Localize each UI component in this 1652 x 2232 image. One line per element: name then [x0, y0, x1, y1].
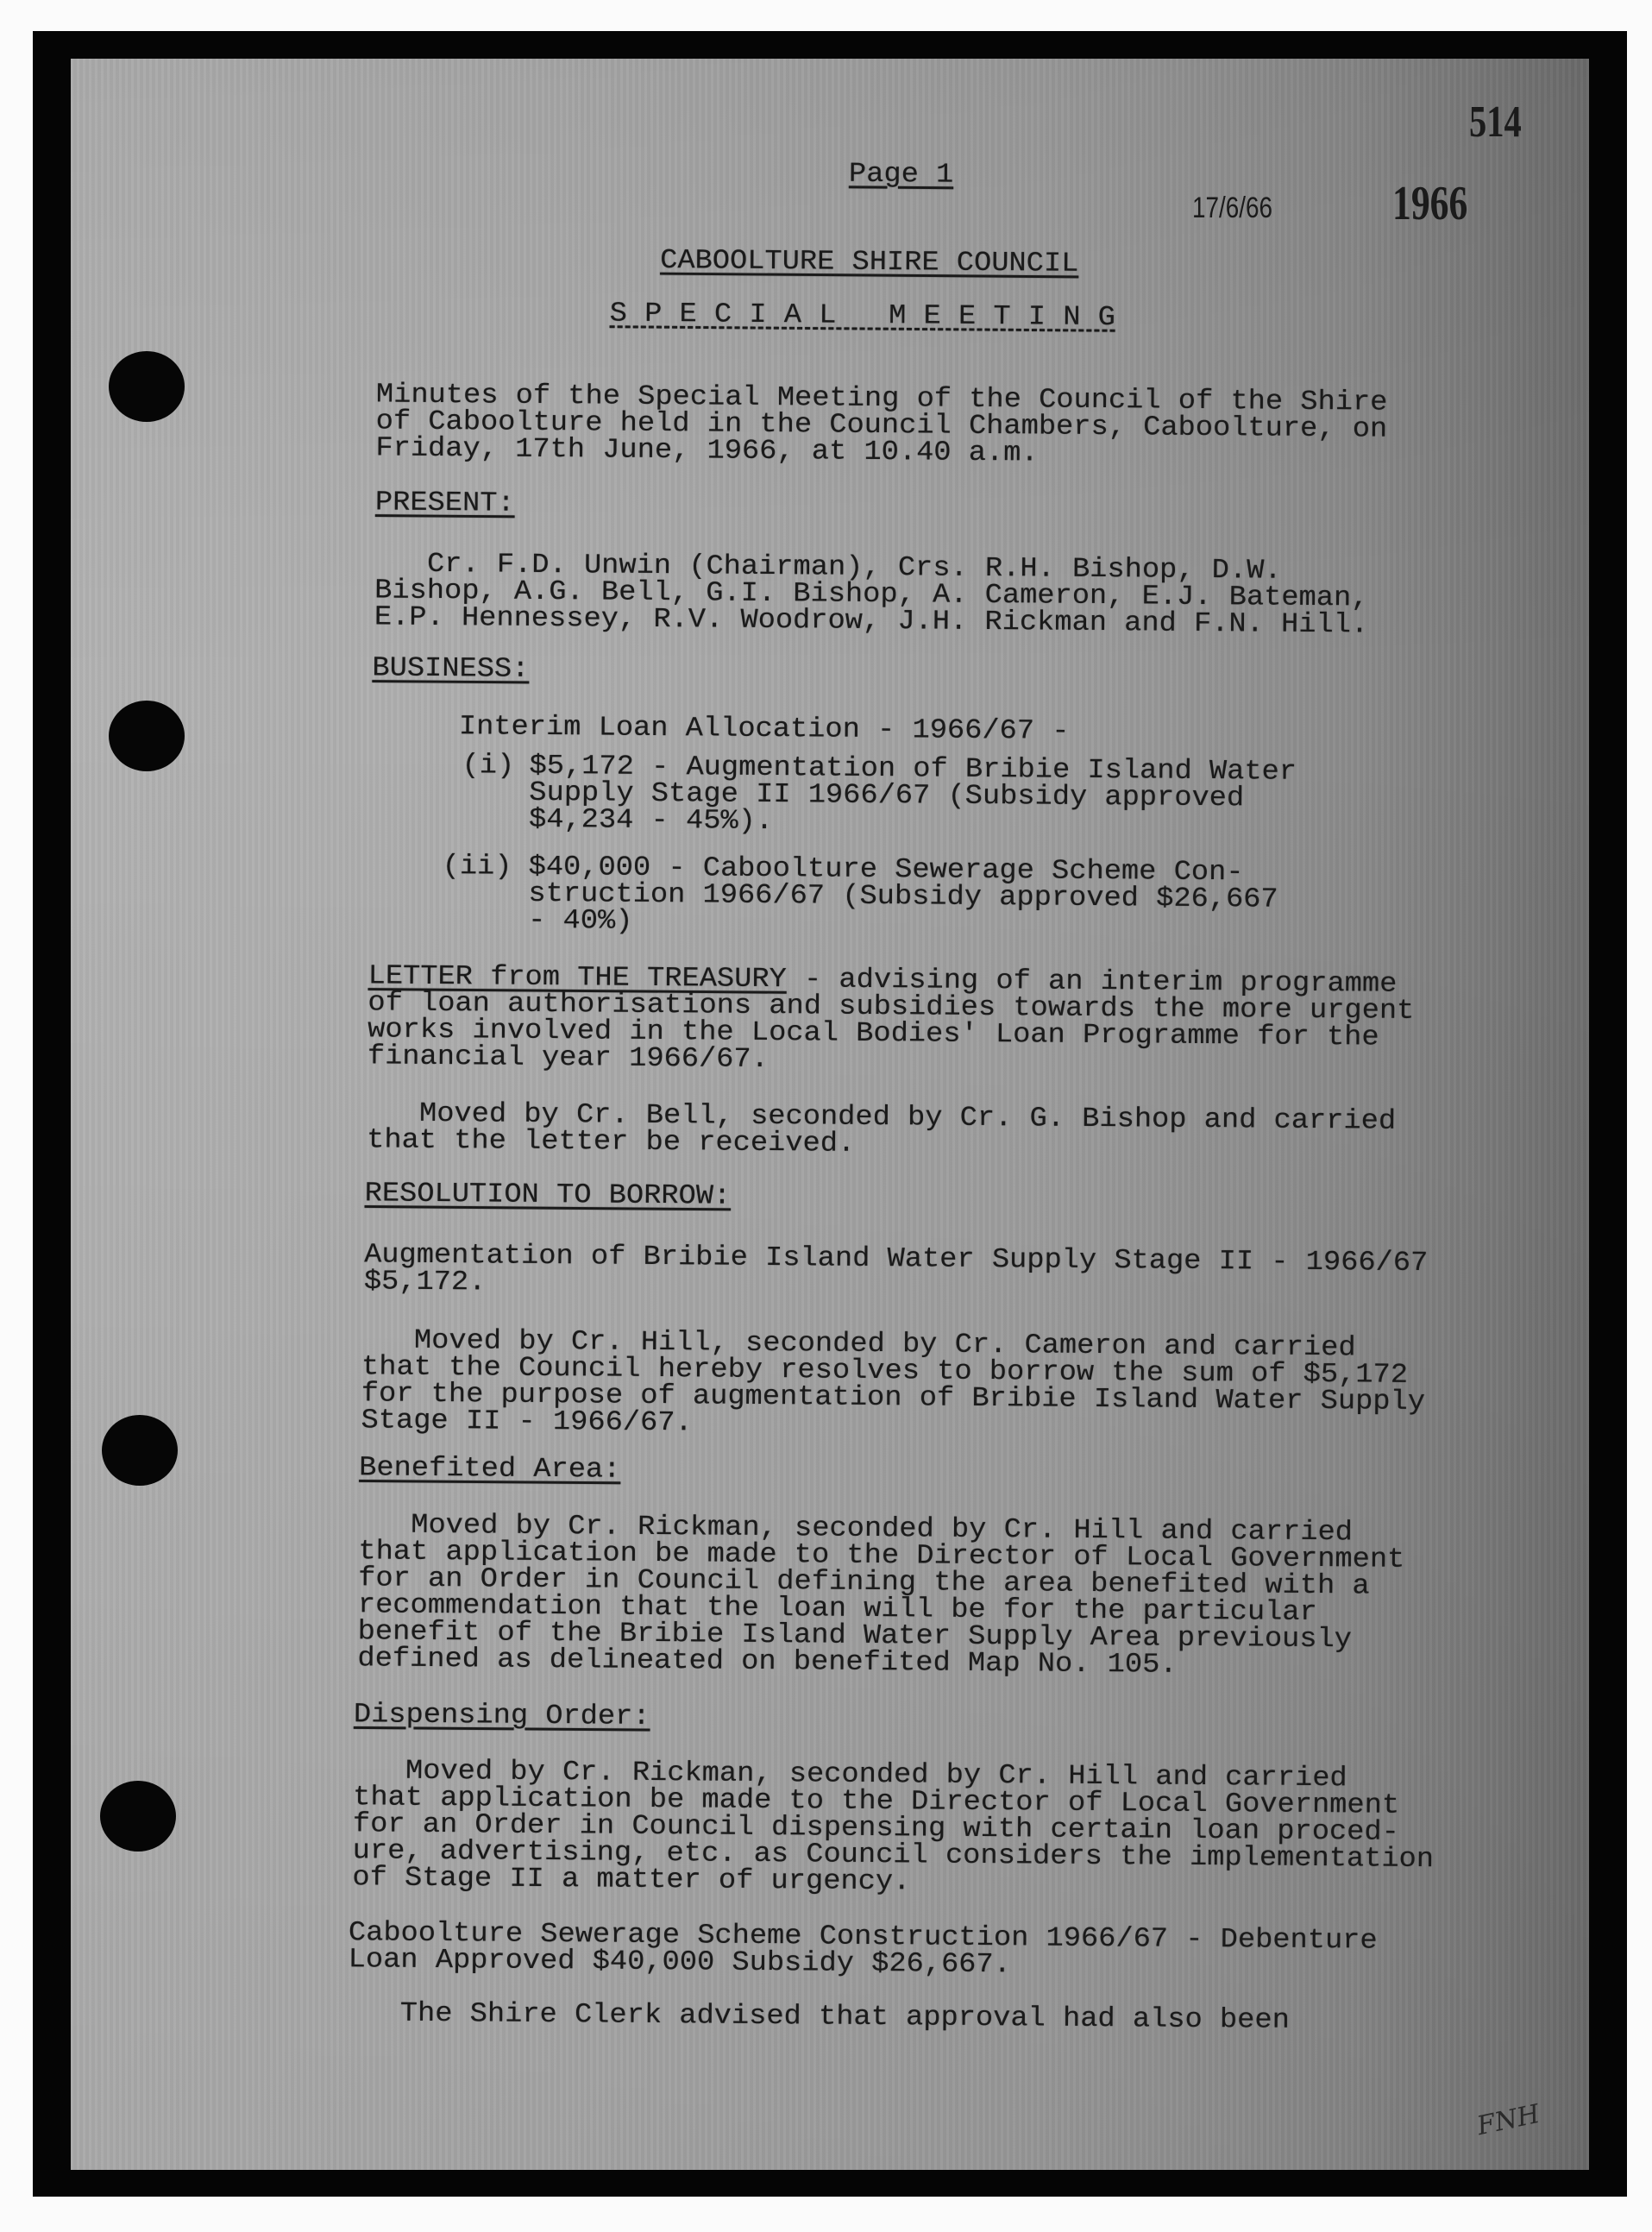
dispensing-order-heading: Dispensing Order:	[354, 1702, 650, 1730]
motion-line: of Stage II a matter of urgency.	[352, 1865, 910, 1896]
item-line: $4,234 - 45%).	[529, 808, 773, 835]
resolution-subject: Augmentation of Bribie Island Water Supp…	[364, 1243, 1428, 1277]
letter-line: financial year 1966/67.	[367, 1045, 769, 1073]
sewerage-line: Loan Approved $40,000 Subsidy $26,667.	[349, 1947, 1011, 1977]
item-marker: (ii)	[443, 854, 512, 880]
item-line: - 40%)	[528, 909, 633, 934]
intro-line: Friday, 17th June, 1966, at 10.40 a.m.	[375, 437, 1038, 467]
present-heading: PRESENT:	[375, 491, 515, 518]
page-label: Page 1	[849, 162, 954, 188]
item-line: struction 1966/67 (Subsidy approved $26,…	[528, 882, 1278, 913]
motion-line: Stage II - 1966/67.	[361, 1408, 693, 1436]
present-line: E.P. Hennessey, R.V. Woodrow, J.H. Rickm…	[374, 606, 1369, 638]
council-title: CABOOLTURE SHIRE COUNCIL	[660, 248, 1078, 277]
motion-line: that the letter be received.	[367, 1129, 855, 1158]
resolution-subject: $5,172.	[364, 1269, 487, 1296]
benefited-area-heading: Benefited Area:	[359, 1456, 620, 1483]
motion-line: defined as delineated on benefited Map N…	[357, 1646, 1177, 1678]
business-heading: BUSINESS:	[372, 657, 529, 683]
continuation-line: The Shire Clerk advised that approval ha…	[348, 2001, 1290, 2034]
business-intro: Interim Loan Allocation - 1966/67 -	[459, 714, 1070, 745]
minutes-body: Page 1 CABOOLTURE SHIRE COUNCIL S P E C …	[0, 0, 1652, 2232]
item-marker: (i)	[462, 753, 514, 779]
meeting-type-heading: S P E C I A L M E E T I N G	[610, 302, 1115, 331]
resolution-heading: RESOLUTION TO BORROW:	[365, 1182, 732, 1210]
